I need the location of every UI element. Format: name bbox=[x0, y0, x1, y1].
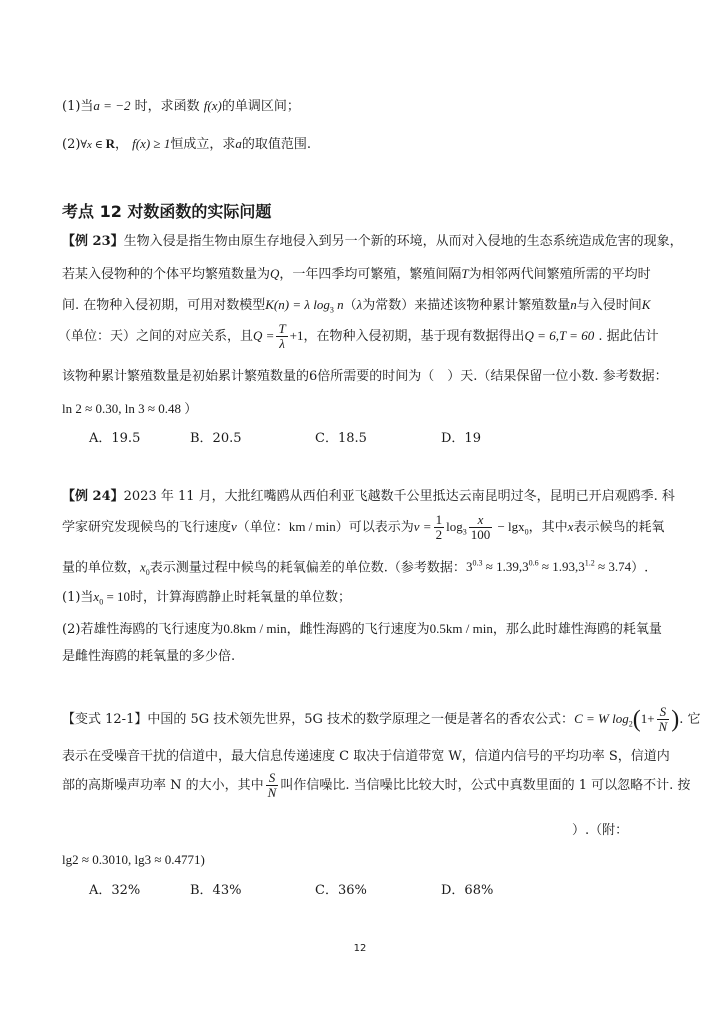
option-a[interactable]: A．32% bbox=[89, 882, 140, 900]
example23-line4: （单位：天）之间的对应关系，且Q =Tλ+1，在物种入侵初期，基于现有数据得出Q… bbox=[58, 318, 659, 355]
text: . 据此估计 bbox=[594, 329, 658, 344]
math-T: T bbox=[461, 266, 468, 281]
example23-line6: ln 2 ≈ 0.30, ln 3 ≈ 0.48 ） bbox=[62, 400, 197, 418]
page-number: 12 bbox=[0, 943, 720, 954]
text: ，那么此时雄性海鸥的耗氧量 bbox=[493, 622, 662, 637]
math-one-plus: 1+ bbox=[641, 711, 655, 726]
frac-num: S bbox=[266, 771, 279, 786]
fraction-half: 12 bbox=[434, 513, 445, 542]
text: 表示测量过程中候鸟的耗氧偏差的单位数.（参考数据： bbox=[150, 560, 466, 575]
math-Q: Q bbox=[270, 266, 279, 281]
text: ，其中 bbox=[529, 520, 568, 535]
frac-den: 2 bbox=[434, 528, 445, 542]
example24-line3: 量的单位数，x0表示测量过程中候鸟的耗氧偏差的单位数.（参考数据：30.3 ≈ … bbox=[62, 555, 648, 582]
example23-line1: 【例 23】生物入侵是指生物由原生存地侵入到另一个新的环境，从而对入侵地的生态系… bbox=[62, 233, 683, 251]
example23-label: 【例 23】 bbox=[62, 234, 124, 249]
text: 部的高斯噪声功率 N 的大小，其中 bbox=[62, 778, 264, 793]
frac-num: x bbox=[469, 513, 493, 528]
frac-num: S bbox=[657, 705, 670, 720]
variant-line5: lg2 ≈ 0.3010, lg3 ≈ 0.4771) bbox=[62, 851, 205, 869]
text: (1)当 bbox=[62, 590, 93, 605]
text: ，雌性海鸥的飞行速度为 bbox=[287, 622, 430, 637]
left-paren: ( bbox=[633, 707, 641, 733]
text: ）. bbox=[631, 560, 648, 575]
val: ≈ 1.39, bbox=[482, 559, 522, 574]
frac-den: N bbox=[266, 786, 279, 800]
text: （单位： bbox=[237, 520, 289, 535]
math-model: K(n) = λ log bbox=[265, 297, 330, 312]
text: （ bbox=[344, 298, 357, 313]
math-fx-ge-1: f(x) ≥ 1 bbox=[132, 136, 170, 151]
example23-line2: 若某入侵物种的个体平均繁殖数量为Q，一年四季均可繁殖，繁殖间隔T为相邻两代间繁殖… bbox=[62, 265, 651, 284]
text: 表示候鸟的耗氧 bbox=[573, 520, 664, 535]
option-a[interactable]: A．19.5 bbox=[89, 430, 140, 448]
text: ，一年四季均可繁殖，繁殖间隔 bbox=[279, 267, 461, 282]
math-sub: 3 bbox=[463, 528, 467, 537]
text: 若某入侵物种的个体平均繁殖数量为 bbox=[62, 267, 270, 282]
frac-den: N bbox=[657, 720, 670, 734]
text: （单位：天）之间的对应关系，且 bbox=[58, 329, 253, 344]
math-minus-lg: − lgx bbox=[494, 519, 524, 534]
reference-values: 30.3 ≈ 1.39,30.6 ≈ 1.93,31.2 ≈ 3.74 bbox=[466, 559, 631, 574]
question-2: (2)∀x ∈ R， f(x) ≥ 1恒成立，求a的取值范围. bbox=[62, 135, 311, 154]
math-n: n bbox=[334, 297, 344, 312]
example23-line3: 间. 在物种入侵初期，可用对数模型K(n) = λ log3 n（λ为常数）来描… bbox=[62, 296, 650, 320]
option-c[interactable]: C．18.5 bbox=[315, 430, 367, 448]
math-speed: 0.5km / min bbox=[430, 621, 493, 636]
q2-mid: 恒成立，求 bbox=[170, 137, 235, 152]
math-formula: C = W log bbox=[574, 711, 629, 726]
q2-suffix: 的取值范围. bbox=[242, 137, 311, 152]
text: 生物入侵是指生物由原生存地侵入到另一个新的环境，从而对入侵地的生态系统造成危害的… bbox=[124, 234, 683, 249]
example24-label: 【例 24】 bbox=[62, 489, 124, 504]
example24-line2: 学家研究发现候鸟的飞行速度v（单位：km / min）可以表示为v =12log… bbox=[62, 508, 664, 552]
math-R: R bbox=[106, 136, 115, 151]
variant-line1: 【变式 12-1】中国的 5G 技术领先世界，5G 技术的数学原理之一便是著名的… bbox=[62, 701, 700, 743]
text: 时，计算海鸥静止时耗氧量的单位数； bbox=[130, 590, 351, 605]
variant-line4: ）.（附： bbox=[572, 822, 628, 840]
math-data: Q = 6,T = 60 bbox=[525, 328, 595, 343]
frac-den: 100 bbox=[469, 528, 493, 542]
option-d[interactable]: D．68% bbox=[441, 882, 493, 900]
math-plus1: +1 bbox=[290, 328, 304, 343]
text: 间. 在物种入侵初期，可用对数模型 bbox=[62, 298, 265, 313]
text: ）可以表示为 bbox=[336, 520, 414, 535]
example24-q2: (2)若雄性海鸥的飞行速度为0.8km / min，雌性海鸥的飞行速度为0.5k… bbox=[62, 620, 662, 639]
text: 叫作信噪比. 当信噪比比较大时，公式中真数里面的 1 可以忽略不计. 按 bbox=[280, 778, 690, 793]
option-c[interactable]: C．36% bbox=[315, 882, 367, 900]
exp: 0.3 bbox=[472, 559, 482, 568]
math-K: K bbox=[642, 297, 651, 312]
fraction-S-over-N: SN bbox=[657, 705, 670, 734]
math-speed: 0.8km / min bbox=[223, 621, 286, 636]
math-eq: = 10 bbox=[103, 589, 130, 604]
frac-num: T bbox=[276, 322, 287, 337]
math-a-eq: a = −2 bbox=[93, 98, 130, 113]
question-1: (1)当a = −2 时，求函数 f(x)的单调区间； bbox=[62, 97, 300, 116]
text: 学家研究发现候鸟的飞行速度 bbox=[62, 520, 231, 535]
q1-prefix: (1)当 bbox=[62, 99, 93, 114]
frac-num: 1 bbox=[434, 513, 445, 528]
example23-line5: 该物种累计繁殖数量是初始累计繁殖数量的6倍所需要的时间为（ ）天.（结果保留一位… bbox=[62, 368, 668, 386]
fraction-x-over-100: x100 bbox=[469, 513, 493, 542]
q2-prefix: (2) bbox=[62, 137, 80, 152]
fraction-T-over-lambda: Tλ bbox=[276, 322, 287, 351]
text: 中国的 5G 技术领先世界，5G 技术的数学原理之一便是著名的香农公式： bbox=[147, 712, 574, 727]
frac-den: λ bbox=[276, 337, 287, 351]
section-title: 考点 12 对数函数的实际问题 bbox=[62, 201, 271, 223]
exp: 1.2 bbox=[585, 559, 595, 568]
text: (2)若雄性海鸥的飞行速度为 bbox=[62, 622, 223, 637]
text: ，在物种入侵初期，基于现有数据得出 bbox=[304, 329, 525, 344]
math-v-eq: v = bbox=[414, 519, 432, 534]
math-unit: km / min bbox=[289, 519, 336, 534]
math-fx: f(x) bbox=[204, 98, 222, 113]
text: . 它 bbox=[679, 712, 700, 727]
val: ≈ 1.93, bbox=[539, 559, 579, 574]
option-d[interactable]: D．19 bbox=[441, 430, 481, 448]
exp: 0.6 bbox=[529, 559, 539, 568]
q2-comma: ， bbox=[115, 137, 128, 152]
example24-line1: 【例 24】2023 年 11 月，大批红嘴鸥从西伯利亚飞越数千公里抵达云南昆明… bbox=[62, 488, 675, 506]
math-Q-eq: Q = bbox=[253, 328, 274, 343]
val: ≈ 3.74 bbox=[595, 559, 631, 574]
math-forall: ∀x ∈ bbox=[80, 139, 105, 151]
example24-q1: (1)当x0 = 10时，计算海鸥静止时耗氧量的单位数； bbox=[62, 588, 351, 612]
text: 为常数）来描述该物种累计繁殖数量 bbox=[362, 298, 570, 313]
option-b[interactable]: B．20.5 bbox=[190, 430, 242, 448]
text: 量的单位数， bbox=[62, 560, 140, 575]
q1-mid: 时，求函数 bbox=[135, 99, 200, 114]
q1-suffix: 的单调区间； bbox=[222, 99, 300, 114]
math-log: log bbox=[446, 519, 463, 534]
variant-line2: 表示在受噪音干扰的信道中，最大信息传递速度 C 取决于信道带宽 W，信道内信号的… bbox=[62, 748, 670, 766]
variant-label: 【变式 12-1】 bbox=[62, 712, 147, 727]
text: 2023 年 11 月，大批红嘴鸥从西伯利亚飞越数千公里抵达云南昆明过冬，昆明已… bbox=[124, 489, 675, 504]
option-b[interactable]: B．43% bbox=[190, 882, 241, 900]
example24-q2-cont: 是雌性海鸥的耗氧量的多少倍. bbox=[62, 648, 235, 666]
text: 与入侵时间 bbox=[577, 298, 642, 313]
fraction-S-over-N: SN bbox=[266, 771, 279, 800]
variant-line3: 部的高斯噪声功率 N 的大小，其中SN叫作信噪比. 当信噪比比较大时，公式中真数… bbox=[62, 768, 690, 804]
text: 为相邻两代间繁殖所需的平均时 bbox=[469, 267, 651, 282]
